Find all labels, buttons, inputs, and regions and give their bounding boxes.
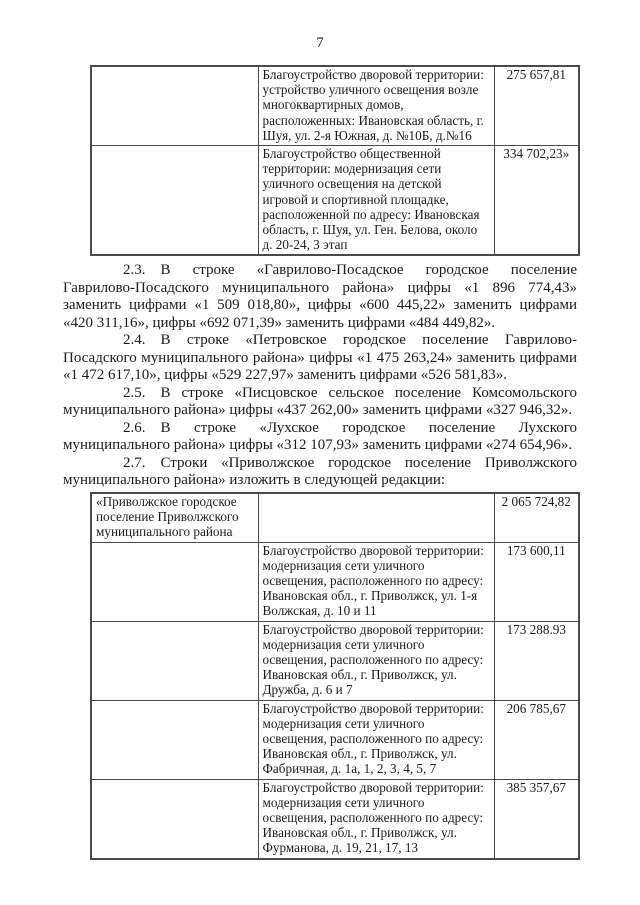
project-description-cell-empty [258,493,494,542]
table-row: «Приволжское городское поселение Приволж… [91,493,579,542]
amendment-paragraphs: 2.3. В строке «Гаврилово-Посадское город… [63,262,577,490]
shuya-projects-table: Благоустройство дворовой территории: уст… [90,65,580,256]
project-description-cell: Благоустройство дворовой территории: мод… [258,621,494,700]
paragraph-2-7: 2.7. Строки «Приволжское городское посел… [63,455,577,490]
table-row: Благоустройство дворовой территории: мод… [91,700,579,779]
paragraph-2-6: 2.6. В строке «Лухское городское поселен… [63,420,577,455]
document-page: 7 Благоустройство дворовой территории: у… [0,0,640,860]
settlement-cell-empty [91,621,258,700]
amount-cell: 173 288.93 [494,621,579,700]
table-row: Благоустройство дворовой территории: мод… [91,621,579,700]
project-description-cell: Благоустройство дворовой территории: мод… [258,700,494,779]
table-row: Благоустройство общественной территории:… [91,146,579,256]
settlement-cell-empty [91,542,258,621]
table-row: Благоустройство дворовой территории: уст… [91,66,579,146]
table-row: Благоустройство дворовой территории: мод… [91,542,579,621]
table-row: Благоустройство дворовой территории: мод… [91,779,579,859]
paragraph-2-4: 2.4. В строке «Петровское городское посе… [63,332,577,385]
amount-cell: 275 657,81 [494,66,579,146]
amount-cell: 2 065 724,82 [494,493,579,542]
privolzhsk-projects-table: «Приволжское городское поселение Приволж… [90,492,580,860]
amount-cell: 334 702,23» [494,146,579,256]
amount-cell: 173 600,11 [494,542,579,621]
project-description-cell: Благоустройство дворовой территории: мод… [258,542,494,621]
amount-cell: 206 785,67 [494,700,579,779]
amount-cell: 385 357,67 [494,779,579,859]
project-description-cell: Благоустройство дворовой территории: мод… [258,779,494,859]
project-description-cell: Благоустройство дворовой территории: уст… [258,66,494,146]
project-description-cell: Благоустройство общественной территории:… [258,146,494,256]
settlement-name-cell: «Приволжское городское поселение Приволж… [91,493,258,542]
settlement-cell-empty [91,146,258,256]
settlement-cell-empty [91,66,258,146]
paragraph-2-3: 2.3. В строке «Гаврилово-Посадское город… [63,262,577,332]
settlement-cell-empty [91,700,258,779]
page-number: 7 [63,34,577,52]
settlement-cell-empty [91,779,258,859]
paragraph-2-5: 2.5. В строке «Писцовское сельское посел… [63,385,577,420]
